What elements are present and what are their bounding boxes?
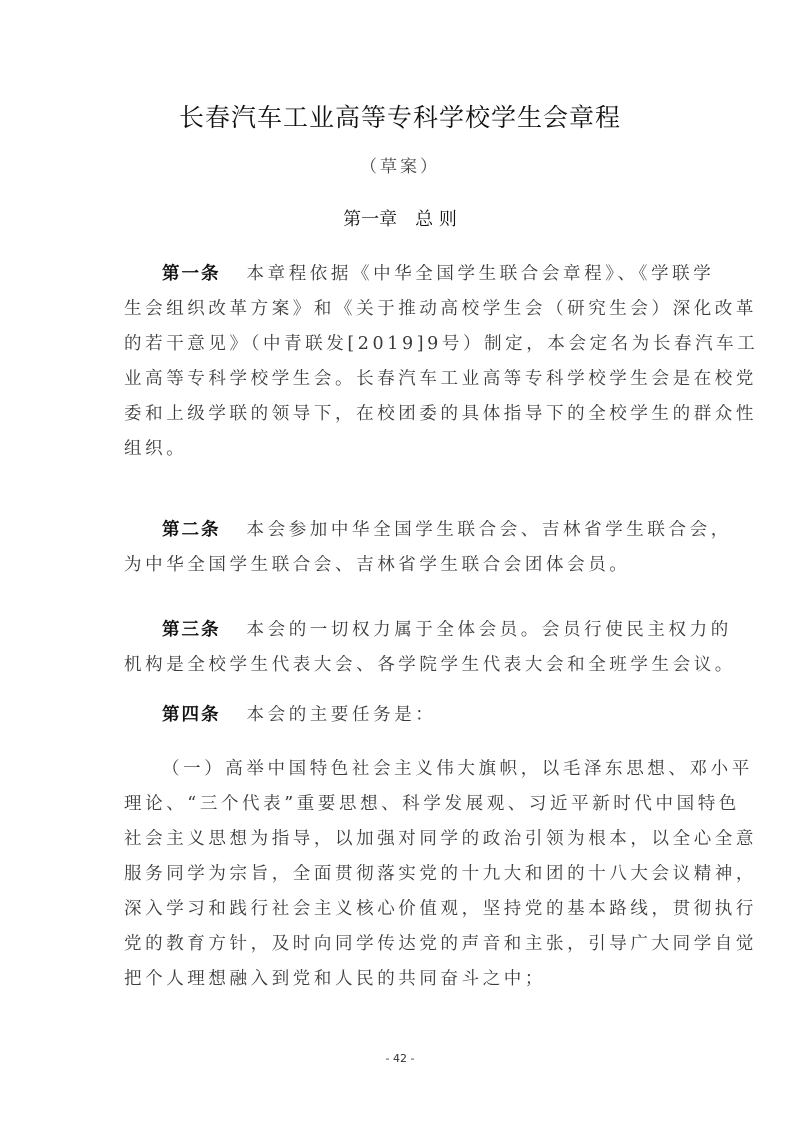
task-item-1: （一）高举中国特色社会主义伟大旗帜，以毛泽东思想、邓小平 理论、“三个代表”重要… [124, 752, 676, 997]
article-1-line-6: 组织。 [124, 432, 676, 467]
task-item-1-line-3: 社会主义思想为指导，以加强对同学的政治引领为根本，以全心全意 [124, 822, 676, 857]
article-1-line-5: 委和上级学联的领导下，在校团委的具体指导下的全校学生的群众性 [124, 397, 676, 432]
article-4: 第四条本会的主要任务是： [124, 698, 676, 733]
document-subtitle: （草案） [0, 152, 800, 177]
article-4-label: 第四条 [162, 705, 221, 725]
chapter-heading: 第一章 总 则 [0, 205, 800, 231]
task-item-1-line-4: 服务同学为宗旨，全面贯彻落实党的十九大和团的十八大会议精神， [124, 857, 676, 892]
article-2-line-2: 为中华全国学生联合会、吉林省学生联合会团体会员。 [124, 548, 676, 583]
article-3: 第三条本会的一切权力属于全体会员。会员行使民主权力的 机构是全校学生代表大会、各… [124, 613, 676, 683]
article-1-line-2: 生会组织改革方案》和《关于推动高校学生会（研究生会）深化改革 [124, 292, 676, 327]
article-4-line-1: 第四条本会的主要任务是： [124, 698, 676, 733]
article-3-label: 第三条 [162, 620, 221, 640]
task-item-1-line-7: 把个人理想融入到党和人民的共同奋斗之中； [124, 962, 676, 997]
article-2: 第二条本会参加中华全国学生联合会、吉林省学生联合会， 为中华全国学生联合会、吉林… [124, 513, 676, 583]
task-item-1-line-1: （一）高举中国特色社会主义伟大旗帜，以毛泽东思想、邓小平 [124, 752, 676, 787]
task-item-1-line-2: 理论、“三个代表”重要思想、科学发展观、习近平新时代中国特色 [124, 787, 676, 822]
page-number: - 42 - [0, 1052, 800, 1065]
article-1: 第一条本章程依据《中华全国学生联合会章程》、《学联学 生会组织改革方案》和《关于… [124, 257, 676, 467]
article-1-label: 第一条 [162, 264, 221, 284]
document-title: 长春汽车工业高等专科学校学生会章程 [0, 98, 800, 134]
article-1-line-3: 的若干意见》（中青联发[2019]9号）制定，本会定名为长春汽车工 [124, 327, 676, 362]
article-1-line-1: 第一条本章程依据《中华全国学生联合会章程》、《学联学 [124, 257, 676, 292]
article-2-label: 第二条 [162, 520, 221, 540]
article-3-line-1: 第三条本会的一切权力属于全体会员。会员行使民主权力的 [124, 613, 676, 648]
document-page: 长春汽车工业高等专科学校学生会章程 （草案） 第一章 总 则 第一条本章程依据《… [0, 0, 800, 1132]
article-3-line-2: 机构是全校学生代表大会、各学院学生代表大会和全班学生会议。 [124, 648, 676, 683]
task-item-1-line-6: 党的教育方针，及时向同学传达党的声音和主张，引导广大同学自觉 [124, 927, 676, 962]
article-1-line-4: 业高等专科学校学生会。长春汽车工业高等专科学校学生会是在校党 [124, 362, 676, 397]
task-item-1-line-5: 深入学习和践行社会主义核心价值观，坚持党的基本路线，贯彻执行 [124, 892, 676, 927]
article-2-line-1: 第二条本会参加中华全国学生联合会、吉林省学生联合会， [124, 513, 676, 548]
